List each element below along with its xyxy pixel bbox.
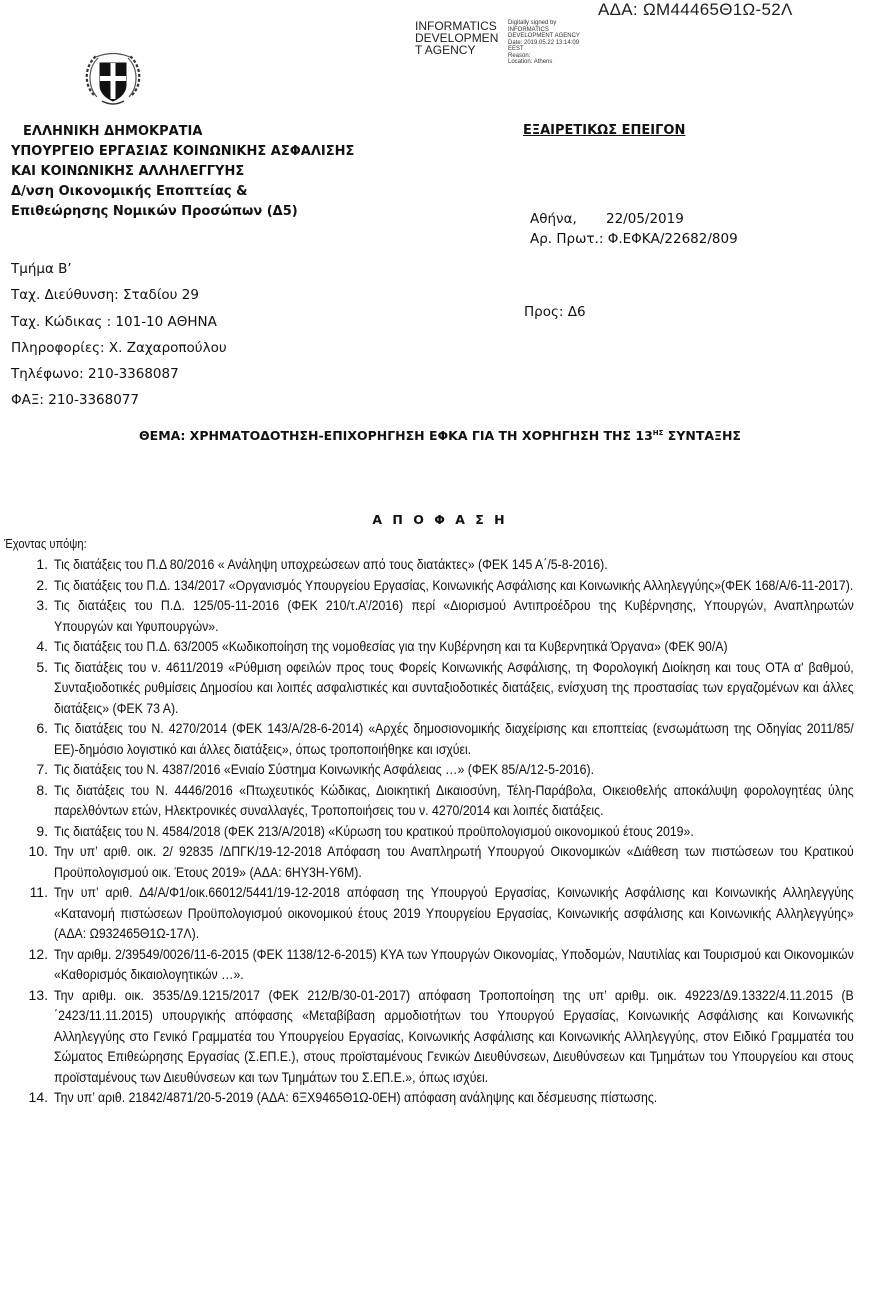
- postal-code: Ταχ. Κώδικας : 101-10 ΑΘΗΝΑ: [11, 309, 227, 335]
- item-text: Την αριθμ. 2/39549/0026/11-6-2015 (ΦΕΚ 1…: [54, 944, 854, 985]
- list-item: 3.Τις διατάξεις του Π.Δ. 125/05-11-2016 …: [18, 595, 854, 636]
- item-number: 6.: [18, 718, 48, 739]
- issuer-line: Επιθεώρησης Νομικών Προσώπων (Δ5): [11, 202, 354, 222]
- item-number: 2.: [18, 575, 48, 596]
- item-text: Την αριθμ. οικ. 3535/Δ9.1215/2017 (ΦΕΚ 2…: [54, 985, 854, 1088]
- item-text: Τις διατάξεις του Ν. 4270/2014 (ΦΕΚ 143/…: [54, 718, 854, 759]
- item-text: Τις διατάξεις του Ν. 4387/2016 «Ενιαίο Σ…: [54, 759, 854, 780]
- considering-label: Έχοντας υπόψη:: [4, 536, 87, 551]
- fax-number: ΦΑΞ: 210-3368077: [11, 387, 227, 413]
- information-contact: Πληροφορίες: Χ. Ζαχαροπούλου: [11, 335, 227, 361]
- item-text: Τις διατάξεις του Π.Δ 80/2016 « Ανάληψη …: [54, 554, 854, 575]
- decision-title: Α Π Ο Φ Α Σ Η: [0, 512, 880, 527]
- issuer-line: Δ/νση Οικονομικής Εποπτείας &: [11, 182, 354, 202]
- issuer-line: ΕΛΛΗΝΙΚΗ ΔΗΜΟΚΡΑΤΙΑ: [11, 122, 354, 142]
- item-number: 10.: [18, 841, 48, 862]
- list-item: 4.Τις διατάξεις του Π.Δ. 63/2005 «Κωδικο…: [18, 636, 854, 657]
- item-number: 4.: [18, 636, 48, 657]
- list-item: 1.Τις διατάξεις του Π.Δ 80/2016 « Ανάληψ…: [18, 554, 854, 575]
- item-number: 8.: [18, 780, 48, 801]
- item-number: 7.: [18, 759, 48, 780]
- phone-number: Τηλέφωνο: 210-3368087: [11, 361, 227, 387]
- department: Τμήμα Β’: [11, 256, 227, 282]
- item-text: Τις διατάξεις του Ν. 4584/2018 (ΦΕΚ 213/…: [54, 821, 854, 842]
- issuer-line: ΚΑΙ ΚΟΙΝΩΝΙΚΗΣ ΑΛΛΗΛΕΓΓΥΗΣ: [11, 162, 354, 182]
- urgency-label: ΕΞΑΙΡΕΤΙΚΩΣ ΕΠΕΙΓΟΝ: [523, 123, 685, 138]
- list-item: 10.Την υπ’ αριθ. οικ. 2/ 92835 /ΔΠΓΚ/19-…: [18, 841, 854, 882]
- protocol-label: Αρ. Πρωτ.:: [530, 231, 603, 247]
- list-item: 9.Τις διατάξεις του Ν. 4584/2018 (ΦΕΚ 21…: [18, 821, 854, 842]
- issuer-line: ΥΠΟΥΡΓΕΙΟ ΕΡΓΑΣΙΑΣ ΚΟΙΝΩΝΙΚΗΣ ΑΣΦΑΛΙΣΗΣ: [11, 142, 354, 162]
- place-label: Αθήνα,: [530, 209, 606, 229]
- postal-address: Ταχ. Διεύθυνση: Σταδίου 29: [11, 282, 227, 308]
- list-item: 2.Τις διατάξεις του Π.Δ. 134/2017 «Οργαν…: [18, 575, 854, 596]
- item-number: 11.: [18, 882, 48, 903]
- subject-line: ΘΕΜΑ: ΧΡΗΜΑΤΟΔΟΤΗΣΗ-ΕΠΙΧΟΡΗΓΗΣΗ ΕΦΚΑ ΓΙΑ…: [0, 428, 880, 443]
- list-item: 12.Την αριθμ. 2/39549/0026/11-6-2015 (ΦΕ…: [18, 944, 854, 985]
- subject-superscript: ΗΣ: [653, 429, 664, 437]
- list-item: 14.Την υπ’ αριθ. 21842/4871/20-5-2019 (Α…: [18, 1087, 854, 1108]
- item-number: 14.: [18, 1087, 48, 1108]
- subject-text: ΘΕΜΑ: ΧΡΗΜΑΤΟΔΟΤΗΣΗ-ΕΠΙΧΟΡΗΓΗΣΗ ΕΦΚΑ ΓΙΑ…: [139, 428, 653, 443]
- list-item: 13.Την αριθμ. οικ. 3535/Δ9.1215/2017 (ΦΕ…: [18, 985, 854, 1088]
- list-item: 8.Τις διατάξεις του Ν. 4446/2016 «Πτωχευ…: [18, 780, 854, 821]
- ada-code: ΑΔΑ: ΩΜ44465Θ1Ω-52Λ: [598, 0, 793, 20]
- item-number: 3.: [18, 595, 48, 616]
- signature-detail-line: Location: Athens: [508, 59, 608, 66]
- list-item: 5.Τις διατάξεις του ν. 4611/2019 «Ρύθμισ…: [18, 657, 854, 719]
- item-number: 9.: [18, 821, 48, 842]
- item-number: 13.: [18, 985, 48, 1006]
- protocol-number: Φ.ΕΦΚΑ/22682/809: [608, 231, 738, 247]
- item-number: 12.: [18, 944, 48, 965]
- document-date: 22/05/2019: [606, 211, 684, 227]
- item-text: Τις διατάξεις του Π.Δ. 134/2017 «Οργανισ…: [54, 575, 854, 596]
- recipient: Προς: Δ6: [524, 304, 586, 320]
- list-item: 7.Τις διατάξεις του Ν. 4387/2016 «Ενιαίο…: [18, 759, 854, 780]
- item-text: Την υπ’ αριθ. 21842/4871/20-5-2019 (ΑΔΑ:…: [54, 1087, 854, 1108]
- item-text: Τις διατάξεις του Π.Δ. 125/05-11-2016 (Φ…: [54, 595, 854, 636]
- subject-suffix: ΣΥΝΤΑΞΗΣ: [663, 428, 741, 443]
- list-item: 6.Τις διατάξεις του Ν. 4270/2014 (ΦΕΚ 14…: [18, 718, 854, 759]
- item-number: 5.: [18, 657, 48, 678]
- contact-block: Τμήμα Β’ Ταχ. Διεύθυνση: Σταδίου 29 Ταχ.…: [11, 256, 227, 414]
- item-number: 1.: [18, 554, 48, 575]
- item-text: Τις διατάξεις του Ν. 4446/2016 «Πτωχευτι…: [54, 780, 854, 821]
- digital-signature-signer: INFORMATICS DEVELOPMEN T AGENCY: [415, 20, 505, 56]
- date-protocol-block: Αθήνα,22/05/2019 Αρ. Πρωτ.: Φ.ΕΦΚΑ/22682…: [530, 209, 738, 249]
- digital-signature-details: Digitally signed by INFORMATICS DEVELOPM…: [508, 20, 608, 66]
- greek-coat-of-arms-icon: [82, 47, 144, 109]
- item-text: Τις διατάξεις του Π.Δ. 63/2005 «Κωδικοπο…: [54, 636, 854, 657]
- issuer-block: ΕΛΛΗΝΙΚΗ ΔΗΜΟΚΡΑΤΙΑ ΥΠΟΥΡΓΕΙΟ ΕΡΓΑΣΙΑΣ Κ…: [11, 122, 354, 222]
- item-text: Την υπ’ αριθ. οικ. 2/ 92835 /ΔΠΓΚ/19-12-…: [54, 841, 854, 882]
- list-item: 11.Την υπ’ αριθ. Δ4/Α/Φ1/οικ.66012/5441/…: [18, 882, 854, 944]
- item-text: Την υπ’ αριθ. Δ4/Α/Φ1/οικ.66012/5441/19-…: [54, 882, 854, 944]
- item-text: Τις διατάξεις του ν. 4611/2019 «Ρύθμιση …: [54, 657, 854, 719]
- legal-basis-list: 1.Τις διατάξεις του Π.Δ 80/2016 « Ανάληψ…: [18, 554, 854, 1108]
